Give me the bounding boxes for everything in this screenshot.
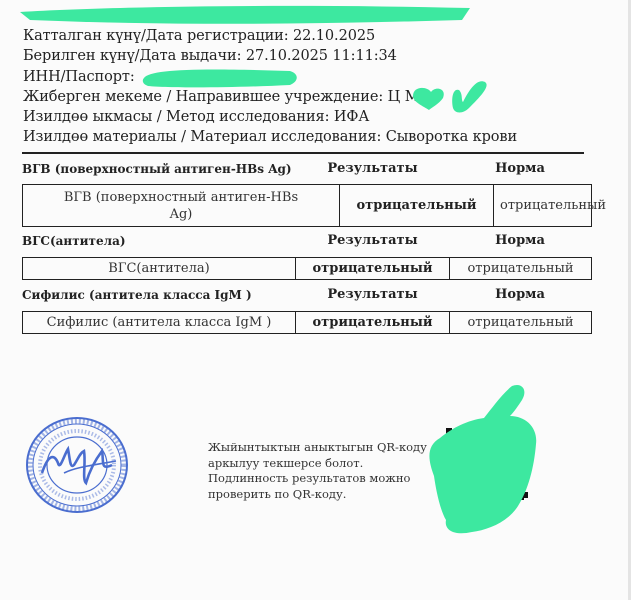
results-table-hbsag: ВГВ (поверхностный антиген-HBs Ag) отриц… bbox=[22, 184, 592, 227]
qr-note-line: аркылуу текшерсе болот. bbox=[208, 456, 427, 472]
result-cell: отрицательный bbox=[340, 185, 494, 227]
norm-cell: отрицательный bbox=[494, 185, 592, 227]
table-row: Сифилис (антитела класса IgM ) отрицател… bbox=[23, 312, 592, 334]
norm-column-header: Норма bbox=[449, 233, 591, 248]
qr-note-line: Подлинность результатов можно bbox=[208, 471, 427, 487]
results-table-hcv: ВГС(антитела) отрицательный отрицательны… bbox=[22, 257, 592, 280]
table-row: ВГС(антитела) отрицательный отрицательны… bbox=[23, 258, 592, 280]
norm-column-header: Норма bbox=[449, 287, 591, 302]
test-name-cell: ВГС(антитела) bbox=[23, 258, 296, 280]
material-line: Изилдөө материалы / Материал исследовани… bbox=[23, 127, 517, 147]
section-title: ВГВ (поверхностный антиген-HBs Ag) bbox=[22, 162, 292, 176]
results-column-header: Результаты bbox=[296, 161, 449, 176]
norm-column-header: Норма bbox=[449, 161, 591, 176]
results-column-header: Результаты bbox=[296, 287, 449, 302]
norm-cell: отрицательный bbox=[450, 258, 592, 280]
issue-date-line: Берилген күнү/Дата выдачи: 27.10.2025 11… bbox=[23, 46, 517, 66]
section-title: ВГС(антитела) bbox=[22, 234, 126, 248]
redaction-mark-qr bbox=[418, 380, 558, 550]
section-header-syphilis: Сифилис (антитела класса IgM ) Результат… bbox=[22, 285, 592, 305]
result-cell: отрицательный bbox=[296, 312, 450, 334]
qr-note-line: Жыйынтыктын аныктыгын QR-коду bbox=[208, 440, 427, 456]
header-underline bbox=[22, 152, 584, 154]
registration-date-line: Катталган күнү/Дата регистрации: 22.10.2… bbox=[23, 26, 517, 46]
results-table-syphilis: Сифилис (антитела класса IgM ) отрицател… bbox=[22, 311, 592, 334]
norm-cell: отрицательный bbox=[450, 312, 592, 334]
test-name-cell: ВГВ (поверхностный антиген-HBs Ag) bbox=[23, 185, 340, 227]
qr-verification-note: Жыйынтыктын аныктыгын QR-коду аркылуу те… bbox=[208, 440, 427, 502]
redaction-mark-institution bbox=[405, 68, 495, 118]
redaction-mark-inn bbox=[140, 66, 300, 90]
section-title: Сифилис (антитела класса IgM ) bbox=[22, 288, 252, 302]
section-header-hbsag: ВГВ (поверхностный антиген-HBs Ag) Резул… bbox=[22, 159, 592, 179]
test-name-cell: Сифилис (антитела класса IgM ) bbox=[23, 312, 296, 334]
table-row: ВГВ (поверхностный антиген-HBs Ag) отриц… bbox=[23, 185, 592, 227]
results-column-header: Результаты bbox=[296, 233, 449, 248]
qr-note-line: проверить по QR-коду. bbox=[208, 487, 427, 503]
official-seal-icon bbox=[24, 415, 130, 515]
result-cell: отрицательный bbox=[296, 258, 450, 280]
section-header-hcv: ВГС(антитела) Результаты Норма bbox=[22, 231, 592, 251]
